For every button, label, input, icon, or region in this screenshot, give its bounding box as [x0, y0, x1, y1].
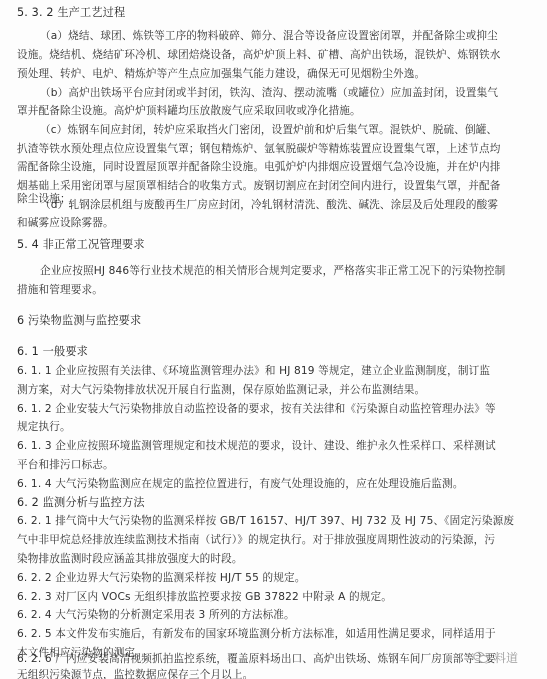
para-5-4-line: 措施和管理要求。 [17, 283, 103, 297]
para-c-line: 需配备除尘设施，同时设置屋顶罩并配备除尘设施。电弧炉炉内排烟应设置烟气急冷设施，… [17, 160, 500, 174]
para-d-line: 和碱雾应设除雾器。 [17, 216, 114, 230]
wechat-icon [473, 651, 489, 664]
clause-6-1-4: 6. 1. 4 大气污染物监测应在规定的监控位置进行，有废气处理设施的，应在处理… [17, 477, 464, 491]
clause-6-2-4: 6. 2. 4 大气污染物的分析测定采用表 3 所列的方法标准。 [17, 608, 295, 622]
section-heading-6-1: 6. 1 一般要求 [17, 345, 88, 359]
clause-6-2-1: 6. 2. 1 排气筒中大气污染物的监测采样按 GB/T 16157、HJ/T … [17, 514, 514, 528]
watermark-text: 料道 [494, 649, 518, 666]
clause-6-1-1: 6. 1. 1 企业应按照有关法律、《环境监测管理办法》和 HJ 819 等规定… [17, 364, 490, 378]
para-a-line: 预处理、转炉、电炉、精炼炉等产生点应加强集气能力建设，确保无可见烟粉尘外逸。 [17, 67, 425, 81]
section-heading-6-2: 6. 2 监测分析与监控方法 [17, 496, 145, 510]
para-c-line: 烟基础上采用密闭罩与屋顶罩相结合的收集方式。废钢切割应在封闭空间内进行，设置集气… [17, 179, 500, 193]
clause-6-2-3: 6. 2. 3 对厂区内 VOCs 无组织排放监控要求按 GB 37822 中附… [17, 590, 392, 604]
clause-6-2-2: 6. 2. 2 企业边界大气污染物的监测采样按 HJ/T 55 的规定。 [17, 571, 305, 585]
section-heading-5-4: 5. 4 非正常工况管理要求 [17, 238, 145, 252]
para-d-line: （d）轧钢涂层机组与废酸再生厂房应封闭，冷轧钢材清洗、酸洗、碱洗、涂层及后处理段… [40, 198, 498, 212]
clause-6-1-2-cont: 规定执行。 [17, 420, 71, 434]
clause-6-1-3: 6. 1. 3 企业应按照环境监测管理规定和技术规范的要求，设计、建设、维护永久… [17, 439, 496, 453]
section-heading-6: 6 污染物监测与监控要求 [17, 314, 141, 328]
para-c-line: 扒渣等铁水预处理点位应设置集气罩；钢包精炼炉、氩氧脱碳炉等精炼装置应设置集气罩，… [17, 142, 500, 156]
clause-6-2-6: 6. 2. 6 厂内应安装高清视频抓拍监控系统，覆盖原料场出口、高炉出铁场、炼钢… [17, 652, 496, 666]
watermark: 料道 [473, 649, 518, 666]
clause-6-1-3-cont: 平台和排污口标志。 [17, 458, 114, 472]
para-c-line: （c）炼钢车间应封闭，转炉应采取挡火门密闭，设置炉前和炉后集气罩。混铁炉、脱硫、… [40, 123, 497, 137]
para-a-line: 设施。烧结机、烧结矿环冷机、球团焙烧设备，高炉炉顶上料、矿槽、高炉出铁场，混铁炉… [17, 48, 500, 62]
clause-6-2-5: 6. 2. 5 本文件发布实施后，有新发布的国家环境监测分析方法标准，如适用性满… [17, 627, 496, 641]
clause-6-1-1-cont: 测方案，对大气污染物排放状况开展自行监测，保存原始监测记录，并公布监测结果。 [17, 383, 425, 397]
section-heading-5-3-2: 5. 3. 2 生产工艺过程 [17, 6, 125, 20]
clause-6-2-1-cont: 气中非甲烷总烃排放连续监测技术指南（试行）》的规定执行。对于排放强度周期性波动的… [17, 533, 495, 547]
para-b-line: 罩并配备除尘设施。高炉炉顶料罐均压放散废气应采取回收或净化措施。 [17, 104, 361, 118]
clause-6-1-2: 6. 1. 2 企业安装大气污染物排放自动监控设备的要求，按有关法律和《污染源自… [17, 402, 496, 416]
para-5-4-line: 企业应按照HJ 846等行业技术规范的相关情形合规判定要求，严格落实非正常工况下… [40, 264, 505, 278]
para-a-line: （a）烧结、球团、炼铁等工序的物料破碎、筛分、混合等设备应设置密闭罩，并配备除尘… [40, 29, 498, 43]
para-b-line: （b）高炉出铁场平台应封闭或半封闭，铁沟、渣沟、摆动流嘴（或罐位）应加盖封闭，设… [40, 86, 498, 100]
document-page: 5. 3. 2 生产工艺过程 （a）烧结、球团、炼铁等工序的物料破碎、筛分、混合… [0, 0, 547, 679]
clause-6-2-1-cont: 染物排放监测时段应涵盖其排放强度大的时段。 [17, 552, 243, 566]
clause-6-2-6-cont: 无组织污染源节点，监控数据应保存三个月以上。 [17, 668, 253, 679]
